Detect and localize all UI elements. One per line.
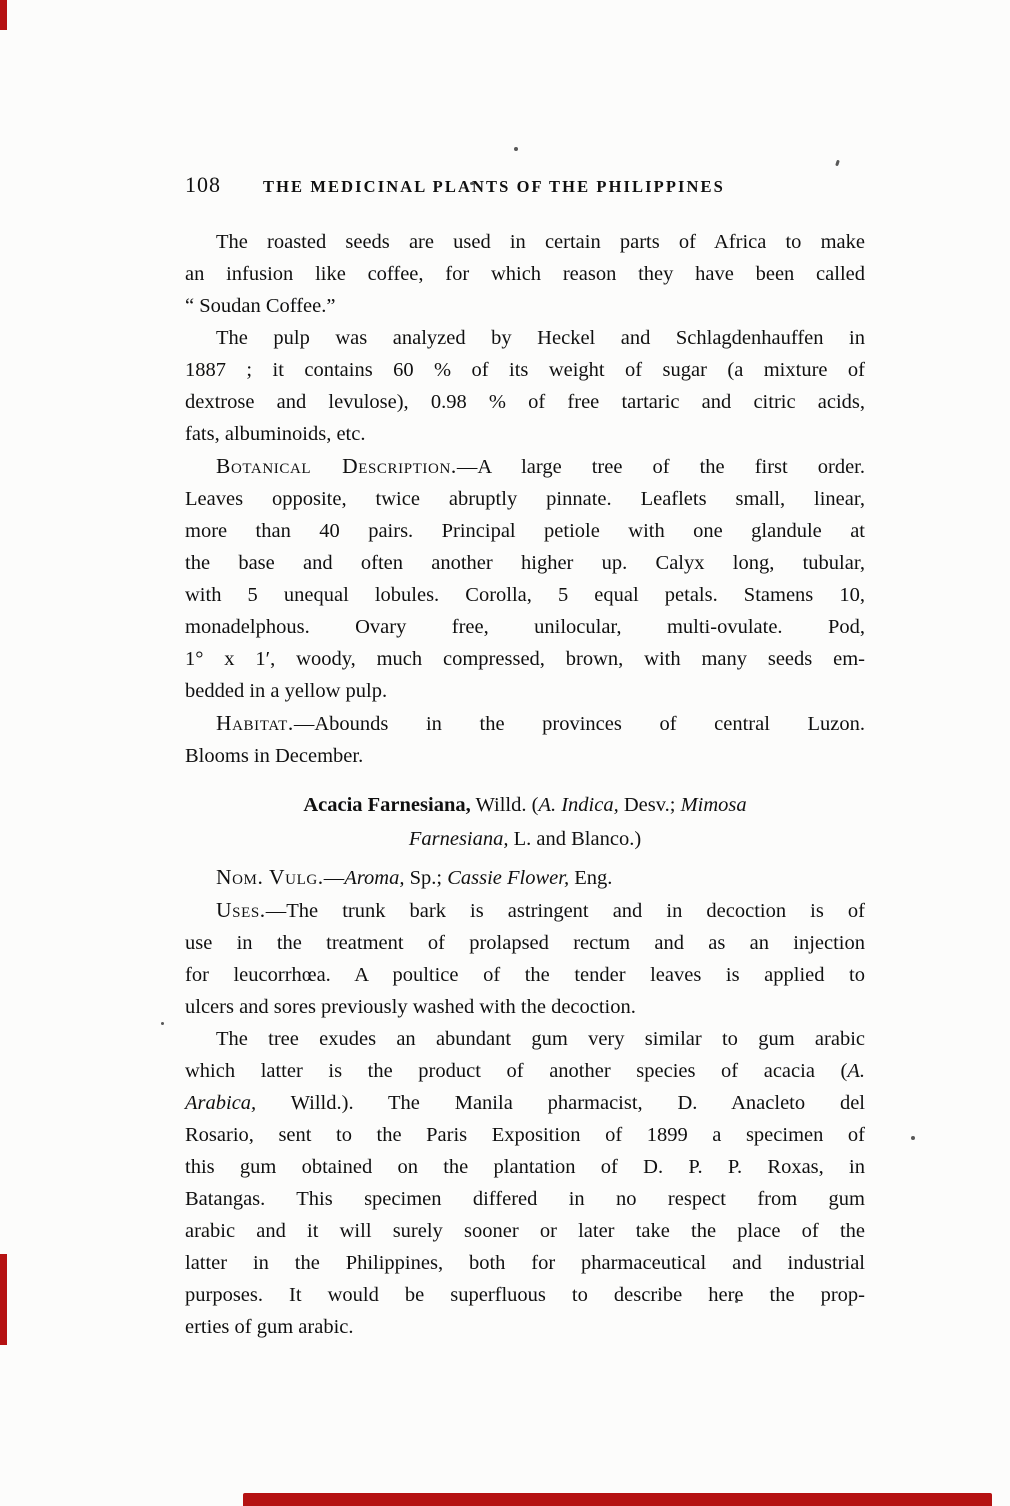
red-edge-mark-left-lower (0, 1254, 7, 1345)
text-line: dextrose and levulose), 0.98 % of free t… (185, 386, 865, 418)
page-number: 108 (185, 172, 221, 198)
text-line: Nom. Vulg.—Aroma, Sp.; Cassie Flower, En… (185, 861, 865, 894)
text-segment: Batangas. This specimen differed in no r… (185, 1188, 865, 1210)
scan-speck (911, 1136, 915, 1140)
text-line: Arabica, Willd.). The Manila pharmacist,… (185, 1087, 865, 1119)
text-segment: bedded in a yellow pulp. (185, 680, 387, 702)
red-edge-mark-top-left (0, 0, 7, 30)
text-line: with 5 unequal lobules. Corolla, 5 equal… (185, 579, 865, 611)
text-line: which latter is the product of another s… (185, 1055, 865, 1087)
text-line: 1° x 1′, woody, much compressed, brown, … (185, 643, 865, 675)
text-segment: Willd.). The Manila pharmacist, D. Anacl… (256, 1092, 865, 1114)
text-segment: A. Indica, (538, 794, 618, 816)
para-nom-vulg: Nom. Vulg.—Aroma, Sp.; Cassie Flower, En… (185, 861, 865, 894)
text-line: for leucorrhœa. A poultice of the tender… (185, 959, 865, 991)
small-caps-lead: Botanical Description. (216, 454, 457, 478)
text-segment: monadelphous. Ovary free, unilocular, mu… (185, 616, 865, 638)
text-segment: dextrose and levulose), 0.98 % of free t… (185, 391, 865, 413)
para-pulp-analysis: The pulp was analyzed by Heckel and Schl… (185, 322, 865, 450)
text-line: Batangas. This specimen differed in no r… (185, 1183, 865, 1215)
text-line: The roasted seeds are used in certain pa… (185, 226, 865, 258)
para-gum-arabic: The tree exudes an abundant gum very sim… (185, 1023, 865, 1343)
text-line: latter in the Philippines, both for phar… (185, 1247, 865, 1279)
text-segment: 1° x 1′, woody, much compressed, brown, … (185, 648, 865, 670)
text-line: “ Soudan Coffee.” (185, 290, 865, 322)
text-line: The tree exudes an abundant gum very sim… (185, 1023, 865, 1055)
text-segment: Aroma, (344, 867, 404, 889)
para-uses: Uses.—The trunk bark is astringent and i… (185, 894, 865, 1023)
text-segment: The roasted seeds are used in certain pa… (216, 231, 865, 253)
text-segment: The pulp was analyzed by Heckel and Schl… (216, 327, 865, 349)
text-segment: which latter is the product of another s… (185, 1060, 847, 1082)
para-roasted-seeds: The roasted seeds are used in certain pa… (185, 226, 865, 322)
text-segment: Sp.; (404, 867, 447, 889)
small-caps-lead: Nom. Vulg. (216, 865, 324, 889)
small-caps-lead: Habitat. (216, 711, 294, 735)
text-segment: — (324, 867, 345, 889)
text-segment: erties of gum arabic. (185, 1316, 353, 1338)
text-segment: Desv.; (619, 794, 681, 816)
page-body: The roasted seeds are used in certain pa… (185, 226, 865, 1343)
text-line: more than 40 pairs. Principal petiole wi… (185, 515, 865, 547)
text-line: Blooms in December. (185, 740, 865, 772)
text-line: Habitat.—Abounds in the provinces of cen… (185, 707, 865, 740)
text-line: Uses.—The trunk bark is astringent and i… (185, 894, 865, 927)
scan-speck (835, 160, 840, 167)
text-line: use in the treatment of prolapsed rectum… (185, 927, 865, 959)
text-segment: purposes. It would be superfluous to des… (185, 1284, 865, 1306)
text-segment: an infusion like coffee, for which reaso… (185, 263, 865, 285)
text-segment: for leucorrhœa. A poultice of the tender… (185, 964, 865, 986)
text-line: Leaves opposite, twice abruptly pinnate.… (185, 483, 865, 515)
text-line: Rosario, sent to the Paris Exposition of… (185, 1119, 865, 1151)
text-segment: use in the treatment of prolapsed rectum… (185, 932, 865, 954)
text-line: 1887 ; it contains 60 % of its weight of… (185, 354, 865, 386)
text-line: this gum obtained on the plantation of D… (185, 1151, 865, 1183)
text-segment: Farnesiana, (409, 828, 509, 850)
scan-speck (161, 1022, 164, 1025)
text-line: ulcers and sores previously washed with … (185, 991, 865, 1023)
text-line: erties of gum arabic. (185, 1311, 865, 1343)
text-segment: —The trunk bark is astringent and in dec… (266, 900, 865, 922)
text-line: an infusion like coffee, for which reaso… (185, 258, 865, 290)
text-line: Botanical Description.—A large tree of t… (185, 450, 865, 483)
text-segment: Arabica, (185, 1092, 256, 1114)
text-segment: L. and Blanco.) (509, 828, 642, 850)
scan-speck (514, 147, 518, 151)
text-segment: Eng. (569, 867, 612, 889)
para-botanical-description: Botanical Description.—A large tree of t… (185, 450, 865, 707)
text-segment: with 5 unequal lobules. Corolla, 5 equal… (185, 584, 865, 606)
text-line: the base and often another higher up. Ca… (185, 547, 865, 579)
text-segment: Rosario, sent to the Paris Exposition of… (185, 1124, 865, 1146)
text-segment: —Abounds in the provinces of central Luz… (294, 713, 865, 735)
text-segment: arabic and it will surely sooner or late… (185, 1220, 865, 1242)
text-segment: Mimosa (681, 794, 747, 816)
text-segment: The tree exudes an abundant gum very sim… (216, 1028, 865, 1050)
text-segment: latter in the Philippines, both for phar… (185, 1252, 865, 1274)
text-segment: ulcers and sores previously washed with … (185, 996, 636, 1018)
text-segment: 1887 ; it contains 60 % of its weight of… (185, 359, 865, 381)
text-segment: fats, albuminoids, etc. (185, 423, 365, 445)
scan-speck (470, 182, 474, 185)
text-segment: this gum obtained on the plantation of D… (185, 1156, 865, 1178)
red-edge-mark-bottom (243, 1493, 992, 1506)
scan-speck (735, 1300, 738, 1303)
scanned-book-page: 108 THE MEDICINAL PLANTS OF THE PHILIPPI… (0, 0, 1010, 1506)
text-line: purposes. It would be superfluous to des… (185, 1279, 865, 1311)
text-line: fats, albuminoids, etc. (185, 418, 865, 450)
text-line: Acacia Farnesiana, Willd. (A. Indica, De… (185, 788, 865, 822)
para-habitat: Habitat.—Abounds in the provinces of cen… (185, 707, 865, 772)
text-line: Farnesiana, L. and Blanco.) (185, 822, 865, 856)
text-line: monadelphous. Ovary free, unilocular, mu… (185, 611, 865, 643)
text-line: The pulp was analyzed by Heckel and Schl… (185, 322, 865, 354)
text-segment: —A large tree of the first order. (457, 456, 865, 478)
text-line: arabic and it will surely sooner or late… (185, 1215, 865, 1247)
text-segment: Cassie Flower, (447, 867, 569, 889)
text-segment: Leaves opposite, twice abruptly pinnate.… (185, 488, 865, 510)
heading-acacia-farnesiana: Acacia Farnesiana, Willd. (A. Indica, De… (185, 788, 865, 856)
small-caps-lead: Uses. (216, 898, 266, 922)
text-segment: the base and often another higher up. Ca… (185, 552, 865, 574)
text-segment: Blooms in December. (185, 745, 363, 767)
text-line: bedded in a yellow pulp. (185, 675, 865, 707)
text-segment: A. (847, 1060, 865, 1082)
running-header-title: THE MEDICINAL PLANTS OF THE PHILIPPINES (263, 177, 725, 197)
text-segment: Acacia Farnesiana, (303, 794, 470, 816)
text-segment: more than 40 pairs. Principal petiole wi… (185, 520, 865, 542)
text-segment: “ Soudan Coffee.” (185, 295, 335, 317)
text-segment: Willd. ( (471, 794, 539, 816)
